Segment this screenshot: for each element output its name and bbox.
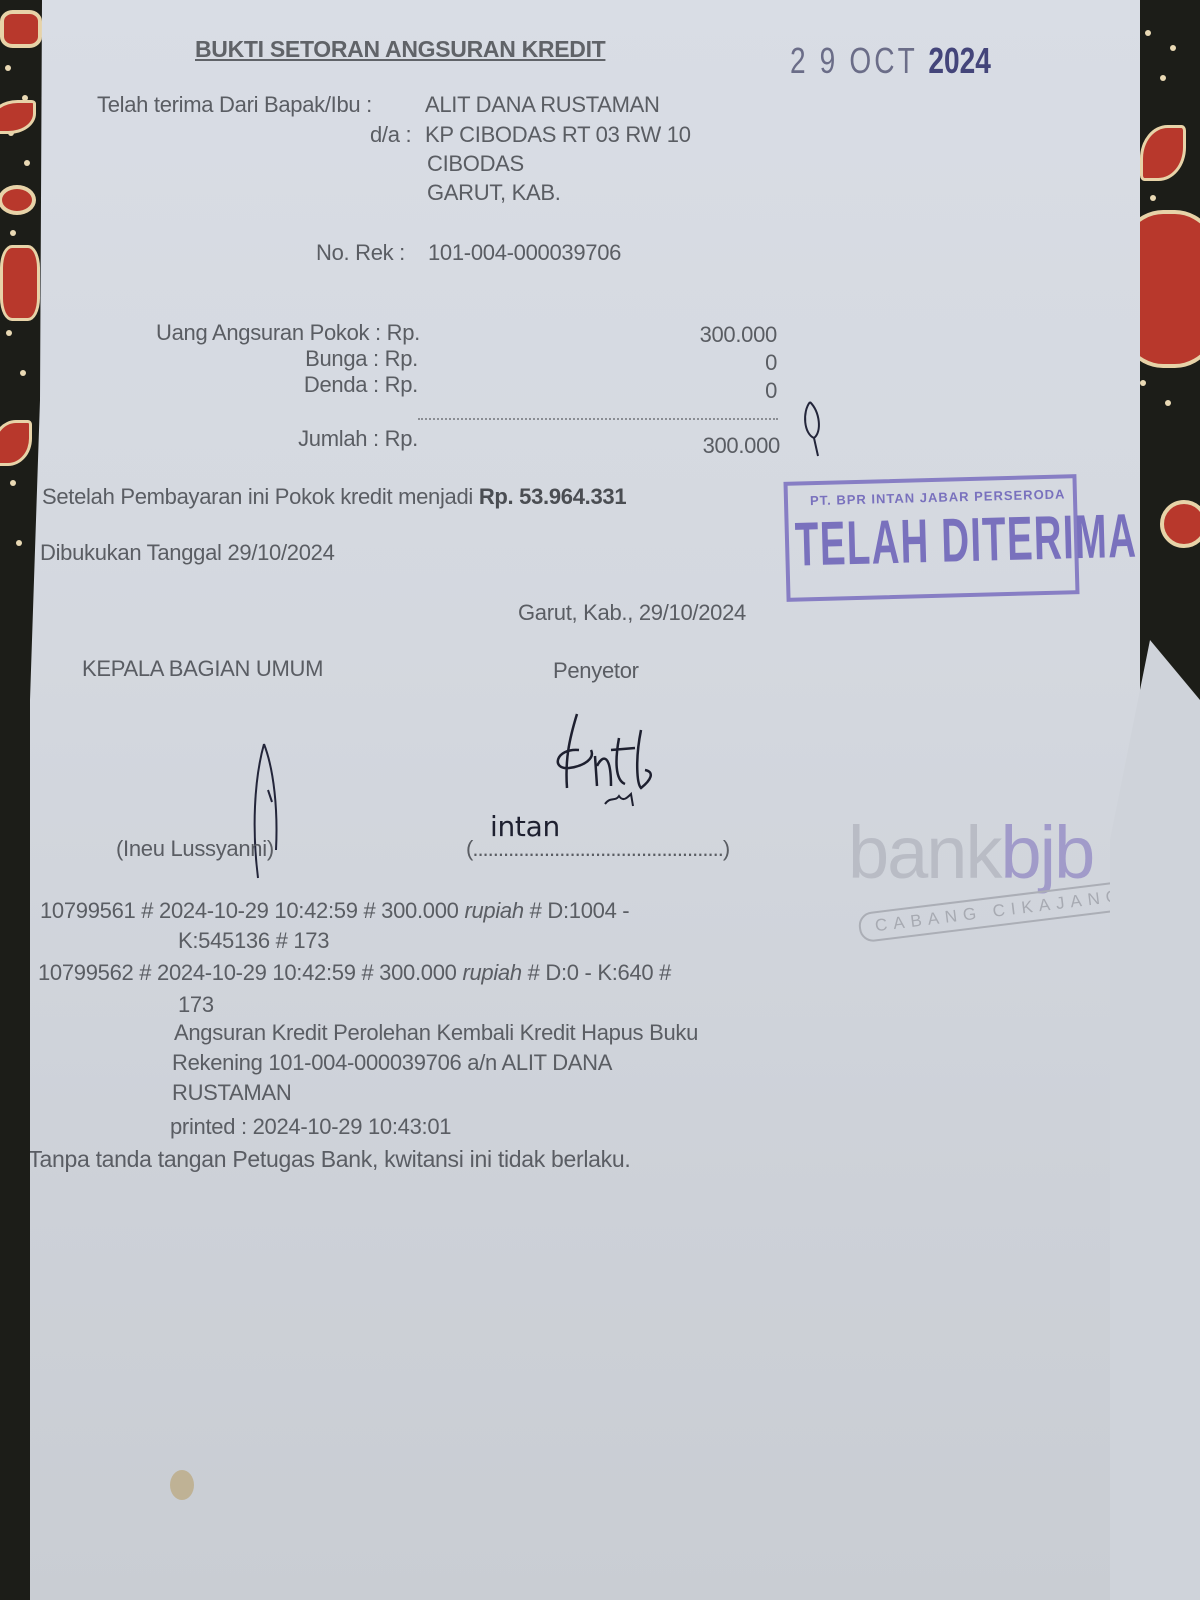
amount-label-principal: Uang Angsuran Pokok : Rp.: [30, 320, 420, 346]
sum-divider: [418, 418, 778, 420]
amount-value-interest: 0: [630, 350, 777, 376]
booked-date: Dibukukan Tanggal 29/10/2024: [40, 540, 335, 566]
description-line-1: Angsuran Kredit Perolehan Kembali Kredit…: [174, 1020, 698, 1046]
date-stamp: 2 9 OCT 2024: [790, 40, 991, 82]
amount-value-principal: 300.000: [630, 322, 777, 348]
total-label: Jumlah : Rp.: [30, 426, 418, 452]
amount-label-penalty: Denda : Rp.: [30, 372, 418, 398]
bank-bjb-stamp: bankbjb CABANG CIKAJANG: [848, 810, 1093, 895]
bank-logo-accent: bjb: [1000, 811, 1093, 894]
received-from-label: Telah terima Dari Bapak/Ibu :: [97, 92, 372, 118]
received-stamp: PT. BPR INTAN JABAR PERSERODA TELAH DITE…: [783, 474, 1079, 602]
address-line-1: KP CIBODAS RT 03 RW 10: [425, 122, 691, 148]
date-stamp-day-month: 2 9 OCT: [790, 40, 917, 81]
date-stamp-year: 2024: [928, 40, 990, 81]
address-line-3: GARUT, KAB.: [427, 180, 561, 206]
amount-label-interest: Bunga : Rp.: [30, 346, 418, 372]
receipt-paper-edge: [1110, 640, 1200, 1600]
customer-name: ALIT DANA RUSTAMAN: [425, 92, 660, 118]
paper-stain: [170, 1470, 194, 1500]
remaining-principal-value: Rp. 53.964.331: [479, 484, 626, 509]
description-line-3: RUSTAMAN: [172, 1080, 291, 1106]
address-label: d/a :: [370, 122, 411, 148]
received-stamp-text: TELAH DITERIMA: [794, 501, 1138, 581]
transaction-2-line-1: 10799562 # 2024-10-29 10:42:59 # 300.000…: [38, 960, 671, 986]
printed-timestamp: printed : 2024-10-29 10:43:01: [170, 1114, 451, 1140]
receipt-title: BUKTI SETORAN ANGSURAN KREDIT: [195, 36, 605, 63]
signatory-right-name: intan: [490, 810, 560, 843]
receipt-paper: BUKTI SETORAN ANGSURAN KREDIT 2 9 OCT 20…: [30, 0, 1140, 1600]
description-line-2: Rekening 101-004-000039706 a/n ALIT DANA: [172, 1050, 612, 1076]
address-line-2: CIBODAS: [427, 151, 524, 177]
account-number: 101-004-000039706: [428, 240, 621, 266]
signatory-left-name: (Ineu Lussyanni): [116, 836, 274, 862]
footnote: * Tanpa tanda tangan Petugas Bank, kwita…: [14, 1146, 630, 1173]
place-date: Garut, Kab., 29/10/2024: [518, 600, 746, 626]
transaction-1-line-1: 10799561 # 2024-10-29 10:42:59 # 300.000…: [40, 898, 629, 924]
signatory-right-title: Penyetor: [553, 658, 639, 684]
remaining-principal-text: Setelah Pembayaran ini Pokok kredit menj…: [42, 484, 626, 510]
signatory-left-title: KEPALA BAGIAN UMUM: [82, 656, 323, 682]
bank-logo-text: bank: [848, 811, 1000, 894]
amount-value-penalty: 0: [630, 378, 777, 404]
total-value: 300.000: [630, 433, 780, 459]
account-label: No. Rek :: [316, 240, 405, 266]
transaction-1-line-2: K:545136 # 173: [178, 928, 329, 954]
transaction-2-line-2: 173: [178, 992, 214, 1018]
